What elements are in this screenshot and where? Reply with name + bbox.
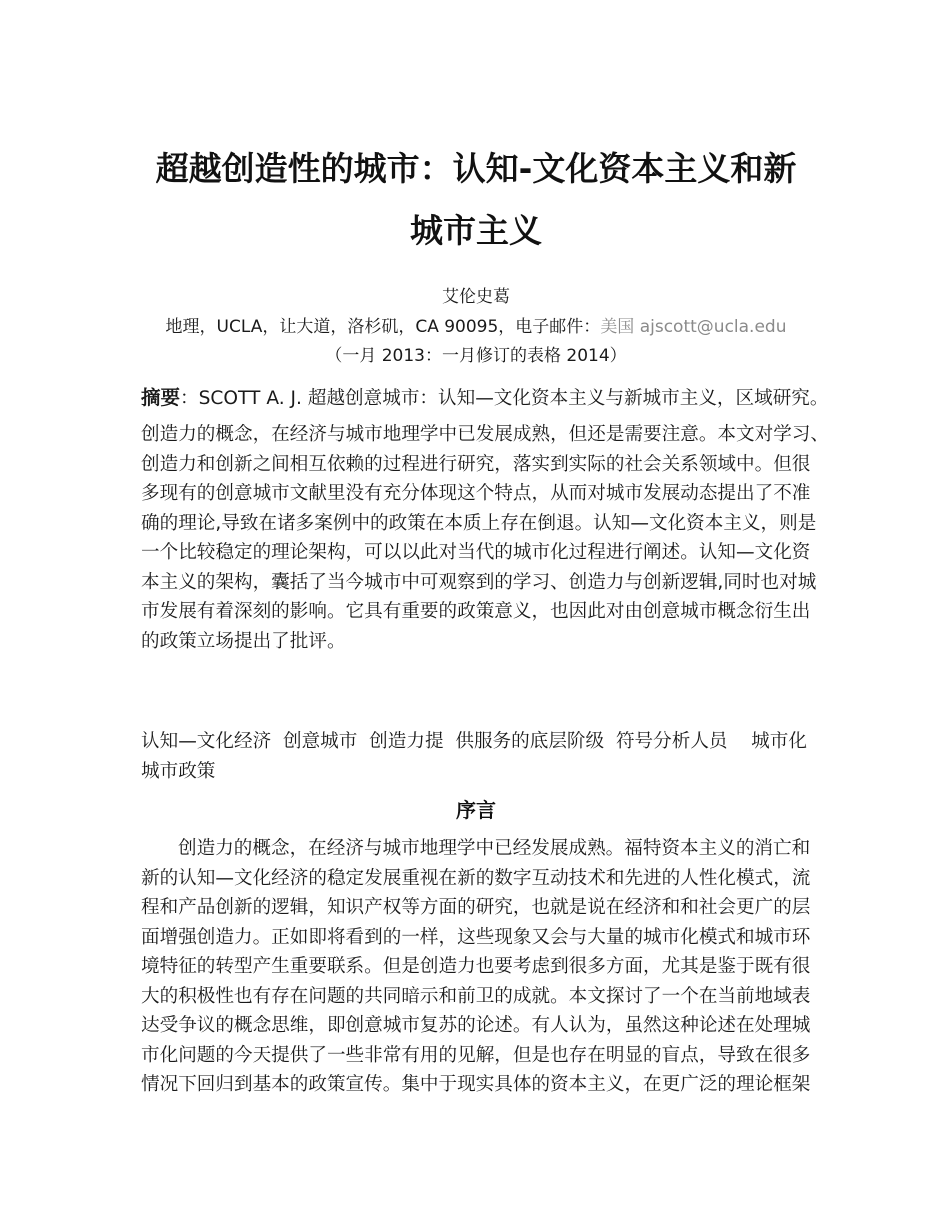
preface-line: 境特征的转型产生重要联系。但是创造力也要考虑到很多方面，尤其是鉴于既有很: [141, 952, 816, 982]
preface-line: 市化问题的今天提供了一些非常有用的见解，但是也存在明显的盲点，导致在很多: [141, 1041, 816, 1071]
preface-line: 新的认知—文化经济的稳定发展重视在新的数字互动技术和先进的人性化模式，流: [141, 864, 816, 894]
keywords-line: 认知—文化经济 创意城市 创造力提 供服务的底层阶级 符号分析人员 城市化: [141, 727, 816, 757]
document-page: 超越创造性的城市：认知-文化资本主义和新 城市主义 艾伦史葛 地理，UCLA，让…: [0, 0, 952, 1232]
paper-title-line-2: 城市主义: [120, 200, 832, 262]
preface-line: 达受争议的概念思维，即创意城市复苏的论述。有人认为，虽然这种论述在处理城: [141, 1011, 816, 1041]
submission-dates: （一月 2013：一月修订的表格 2014）: [120, 342, 832, 370]
preface-line: 创造力的概念，在经济与城市地理学中已经发展成熟。福特资本主义的消亡和: [141, 834, 816, 864]
preface-line: 面增强创造力。正如即将看到的一样，这些现象又会与大量的城市化模式和城市环: [141, 923, 816, 953]
preface-line: 程和产品创新的逻辑，知识产权等方面的研究，也就是说在经济和和社会更广的层: [141, 893, 816, 923]
abstract-line: 本主义的架构，囊括了当今城市中可观察到的学习、创造力与创新逻辑,同时也对城: [141, 568, 816, 598]
affiliation-text: 地理，UCLA，让大道，洛杉矶，CA 90095，电子邮件：: [166, 317, 601, 337]
abstract-line: 创造力的概念，在经济与城市地理学中已发展成熟，但还是需要注意。本文对学习、: [141, 420, 816, 450]
keywords-line: 城市政策: [141, 757, 816, 787]
abstract-line: 一个比较稳定的理论架构，可以以此对当代的城市化过程进行阐述。认知—文化资: [141, 538, 816, 568]
section-heading-preface: 序言: [120, 795, 832, 825]
abstract-citation: ：SCOTT A. J. 超越创意城市：认知—文化资本主义与新城市主义，区域研究…: [180, 388, 828, 409]
abstract-line: 创造力和创新之间相互依赖的过程进行研究，落实到实际的社会关系领域中。但很: [141, 450, 816, 480]
abstract-line: 确的理论,导致在诸多案例中的政策在本质上存在倒退。认知—文化资本主义，则是: [141, 509, 816, 539]
abstract-citation-line: 摘要：SCOTT A. J. 超越创意城市：认知—文化资本主义与新城市主义，区域…: [141, 383, 816, 414]
author-name: 艾伦史葛: [120, 283, 832, 311]
preface-body: 创造力的概念，在经济与城市地理学中已经发展成熟。福特资本主义的消亡和 新的认知—…: [141, 834, 816, 1100]
abstract: 摘要：SCOTT A. J. 超越创意城市：认知—文化资本主义与新城市主义，区域…: [141, 383, 816, 656]
preface-line: 情况下回归到基本的政策宣传。集中于现实具体的资本主义，在更广泛的理论框架: [141, 1070, 816, 1100]
paper-title: 超越创造性的城市：认知-文化资本主义和新 城市主义: [120, 138, 832, 262]
keywords: 认知—文化经济 创意城市 创造力提 供服务的底层阶级 符号分析人员 城市化 城市…: [141, 727, 816, 786]
preface-line: 大的积极性也有存在问题的共同暗示和前卫的成就。本文探讨了一个在当前地域表: [141, 982, 816, 1012]
abstract-line: 的政策立场提出了批评。: [141, 627, 816, 657]
abstract-label: 摘要: [141, 386, 180, 409]
abstract-line: 市发展有着深刻的影响。它具有重要的政策意义，也因此对由创意城市概念衍生出: [141, 597, 816, 627]
abstract-line: 多现有的创意城市文献里没有充分体现这个特点，从而对城市发展动态提出了不准: [141, 479, 816, 509]
paper-title-line-1: 超越创造性的城市：认知-文化资本主义和新: [120, 138, 832, 200]
author-affiliation: 地理，UCLA，让大道，洛杉矶，CA 90095，电子邮件：美国 ajscott…: [120, 313, 832, 341]
author-email: 美国 ajscott@ucla.edu: [600, 317, 786, 337]
